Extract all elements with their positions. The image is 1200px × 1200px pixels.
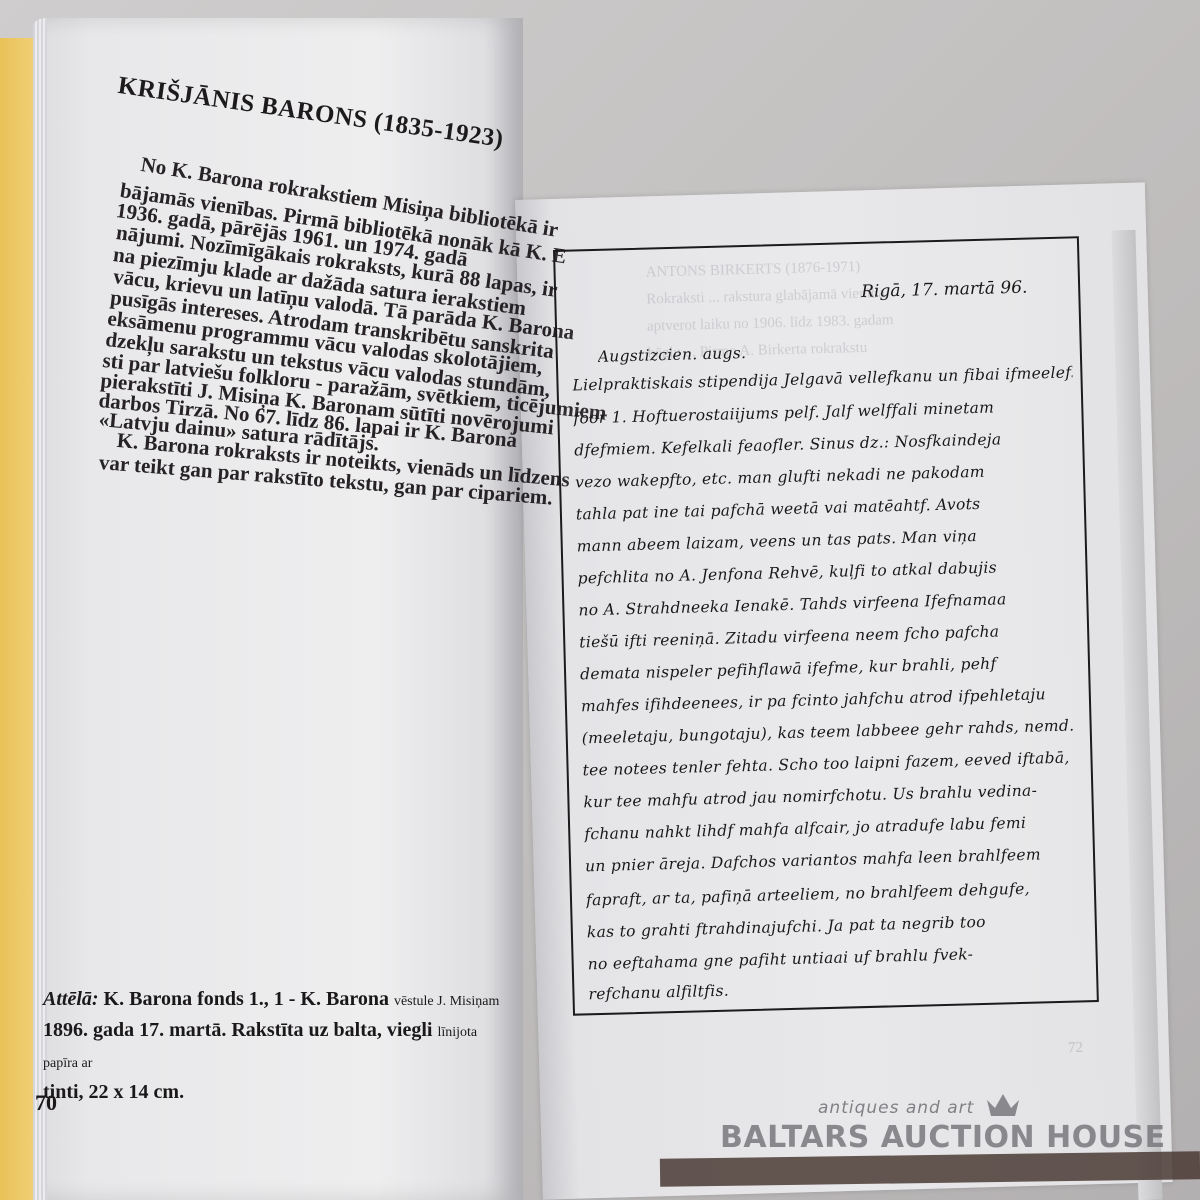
watermark-brand: BALTARS AUCTION HOUSE: [720, 1120, 1166, 1155]
handwritten-letter-facsimile: ANTONS BIRKERTS (1876-1971) Rokraksti ..…: [553, 236, 1099, 1016]
watermark-tagline: antiques and art: [818, 1098, 974, 1118]
caption-label: Attēlā:: [43, 988, 99, 1010]
caption-text: 1896. gada 17. martā. Rakstīta uz balta,…: [43, 1019, 437, 1041]
letter-line: pefchlita no A. Jenfona Rehvē, kuļfi to …: [577, 556, 1077, 587]
caption-text: tinti, 22 x 14 cm.: [43, 1078, 513, 1106]
letter-line: tiešū ifti reeniņā. Zitadu virfeena neem…: [579, 620, 1079, 651]
letter-line: fapraft, ar ta, pafiņā arteeliem, no bra…: [586, 878, 1086, 909]
letter-line: tee notees tenler fehta. Scho too laipni…: [582, 748, 1082, 779]
letter-line: mann abeem laizam, veens un tas pats. Ma…: [577, 524, 1077, 555]
figure-caption: Attēlā: K. Barona fonds 1., 1 - K. Baron…: [43, 985, 513, 1106]
letter-line: demata nispeler pefihflawā ifefme, kur b…: [580, 652, 1080, 683]
letter-line: un pnier āreja. Dafchos variantos mahfa …: [585, 844, 1085, 875]
caption-text: K. Barona fonds 1., 1 - K. Barona: [99, 988, 394, 1010]
caption-text-small: vēstule J. Misiņam: [394, 994, 499, 1009]
letter-line: foor 1. Hoftuerostaiijums pelf. Jalf wel…: [573, 396, 1073, 427]
page-number: 72: [1068, 1040, 1083, 1057]
letter-line: vezo wakepfto, etc. man glufti nekadi ne…: [575, 460, 1075, 491]
letter-line: dfefmiem. Kefelkali feaofler. Sinus dz.:…: [574, 428, 1074, 459]
letter-line: kur tee mahfu atrod jau nomirfchotu. Us …: [583, 780, 1083, 811]
letter-line: kas to grahti ftrahdinajufchi. Ja pat ta…: [587, 910, 1087, 941]
letter-line: no A. Strahdneeka Ienakē. Tahds virfeena…: [578, 588, 1078, 619]
letter-line: mahfes ifihdeenees, ir pa fcinto jahfchu…: [581, 684, 1081, 715]
page-number: 70: [35, 1090, 57, 1116]
letter-line: tahla pat ine tai pafchā weetā vai matēa…: [576, 492, 1076, 523]
letter-line: no eeftahama gne pafiht untiaai uf brahl…: [587, 942, 1087, 973]
letter-line: (meeletaju, bungotaju), kas teem labbeee…: [582, 716, 1082, 747]
letter-line: refchanu alfiltfis.: [588, 972, 1088, 1003]
letter-line: fchanu nahkt lihdf mahfa alfcair, jo atr…: [584, 812, 1084, 843]
letter-line: Lielpraktiskais stipendija Jelgavā velle…: [572, 363, 1072, 394]
crown-icon: [985, 1094, 1021, 1118]
watermark: antiques and art BALTARS AUCTION HOUSE: [720, 1098, 1120, 1168]
